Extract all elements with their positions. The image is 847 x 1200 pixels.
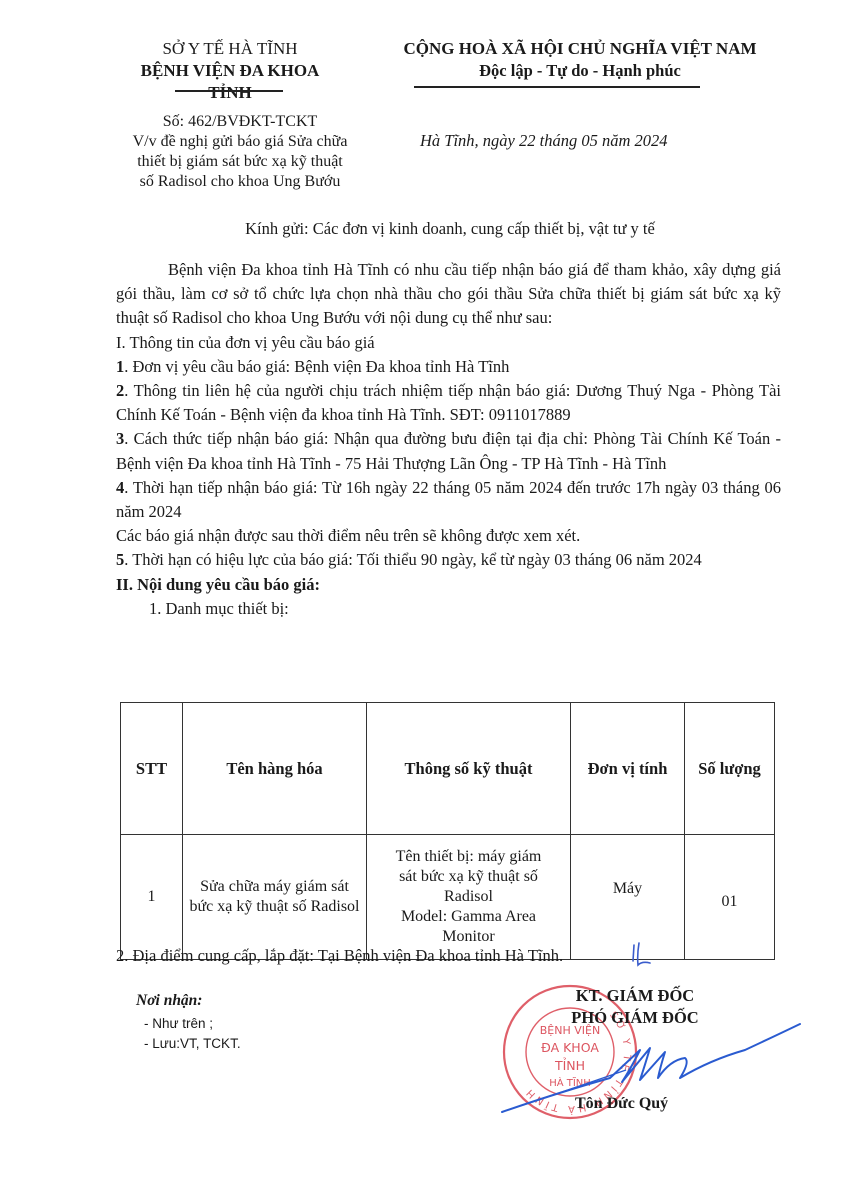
country-name: CỘNG HOÀ XÃ HỘI CHỦ NGHĨA VIỆT NAM [380,38,780,60]
document-number: Số: 462/BVĐKT-TCKT [120,112,360,132]
col-header-quantity: Số lượng [685,703,775,835]
col-header-item-name: Tên hàng hóa [183,703,367,835]
item-text: . Đơn vị yêu cầu báo giá: Bệnh viện Đa k… [124,357,509,376]
item-number: 4 [116,478,124,497]
equipment-list-title: 1. Danh mục thiết bị: [116,597,781,621]
letter-body: Bệnh viện Đa khoa tỉnh Hà Tĩnh có nhu cầ… [116,258,781,621]
table-header-row: STT Tên hàng hóa Thông số kỹ thuật Đơn v… [121,703,775,835]
subject-line: số Radisol cho khoa Ung Bướu [120,172,360,192]
national-motto: Độc lập - Tự do - Hạnh phúc [380,60,780,82]
section-1-item: 2. Thông tin liên hệ của người chịu trác… [116,379,781,427]
initial-mark-icon [628,941,654,969]
late-quote-note: Các báo giá nhận được sau thời điểm nêu … [116,524,781,548]
reference-block: Số: 462/BVĐKT-TCKT V/v đề nghị gửi báo g… [120,112,360,192]
subject-line: V/v đề nghị gửi báo giá Sửa chữa [120,132,360,152]
col-header-unit: Đơn vị tính [571,703,685,835]
item-number: 3 [116,429,124,448]
section-1-title: I. Thông tin của đơn vị yêu cầu báo giá [116,331,781,355]
issuer-header: SỞ Y TẾ HÀ TĨNH BỆNH VIỆN ĐA KHOA TỈNH [120,38,340,104]
salutation: Kính gửi: Các đơn vị kinh doanh, cung cấ… [120,219,780,239]
hospital-name: BỆNH VIỆN ĐA KHOA TỈNH [120,60,340,104]
intro-paragraph: Bệnh viện Đa khoa tỉnh Hà Tĩnh có nhu cầ… [116,258,781,331]
equipment-table: STT Tên hàng hóa Thông số kỹ thuật Đơn v… [120,702,775,960]
section-2-title: II. Nội dung yêu cầu báo giá: [116,573,781,597]
spec-line: Tên thiết bị: máy giám [373,847,564,867]
cell-item-name: Sửa chữa máy giám sát bức xạ kỹ thuật số… [183,835,367,960]
spec-line: Model: Gamma Area [373,907,564,927]
section-1-item: 3. Cách thức tiếp nhận báo giá: Nhận qua… [116,427,781,475]
recipients-title: Nơi nhận: [136,992,202,1010]
cell-specs: Tên thiết bị: máy giám sát bức xạ kỹ thu… [367,835,571,960]
item-number: 2 [116,381,124,400]
recipients-list: - Như trên ; - Lưu:VT, TCKT. [144,1014,241,1054]
section-1-item: 1. Đơn vị yêu cầu báo giá: Bệnh viện Đa … [116,355,781,379]
item-text: . Thời hạn tiếp nhận báo giá: Từ 16h ngà… [116,478,781,521]
col-header-stt: STT [121,703,183,835]
signatory-authority: KT. GIÁM ĐỐC [530,985,740,1007]
cell-quantity: 01 [685,835,775,960]
issuer-underline [175,90,283,92]
subject-line: thiết bị giám sát bức xạ kỹ thuật [120,152,360,172]
place-date: Hà Tĩnh, ngày 22 tháng 05 năm 2024 [420,131,668,151]
item-number: 5 [116,550,124,569]
table-row: 1 Sửa chữa máy giám sát bức xạ kỹ thuật … [121,835,775,960]
motto-underline [414,86,700,88]
department-name: SỞ Y TẾ HÀ TĨNH [120,38,340,60]
spec-line: Monitor [373,927,564,947]
item-text: . Thời hạn có hiệu lực của báo giá: Tối … [124,550,702,569]
section-1-item: 5. Thời hạn có hiệu lực của báo giá: Tối… [116,548,781,572]
spec-line: sát bức xạ kỹ thuật số [373,867,564,887]
item-text: . Thông tin liên hệ của người chịu trách… [116,381,781,424]
section-1-item: 4. Thời hạn tiếp nhận báo giá: Từ 16h ng… [116,476,781,524]
national-header: CỘNG HOÀ XÃ HỘI CHỦ NGHĨA VIỆT NAM Độc l… [380,38,780,82]
cell-stt: 1 [121,835,183,960]
item-number: 1 [116,357,124,376]
spec-line: Radisol [373,887,564,907]
signer-name: Tôn Đức Quý [575,1095,668,1113]
col-header-specs: Thông số kỹ thuật [367,703,571,835]
recipient-item: - Như trên ; [144,1014,241,1034]
item-text: . Cách thức tiếp nhận báo giá: Nhận qua … [116,429,781,472]
delivery-location: 2. Địa điểm cung cấp, lắp đặt: Tại Bệnh … [116,946,563,966]
recipient-item: - Lưu:VT, TCKT. [144,1034,241,1054]
